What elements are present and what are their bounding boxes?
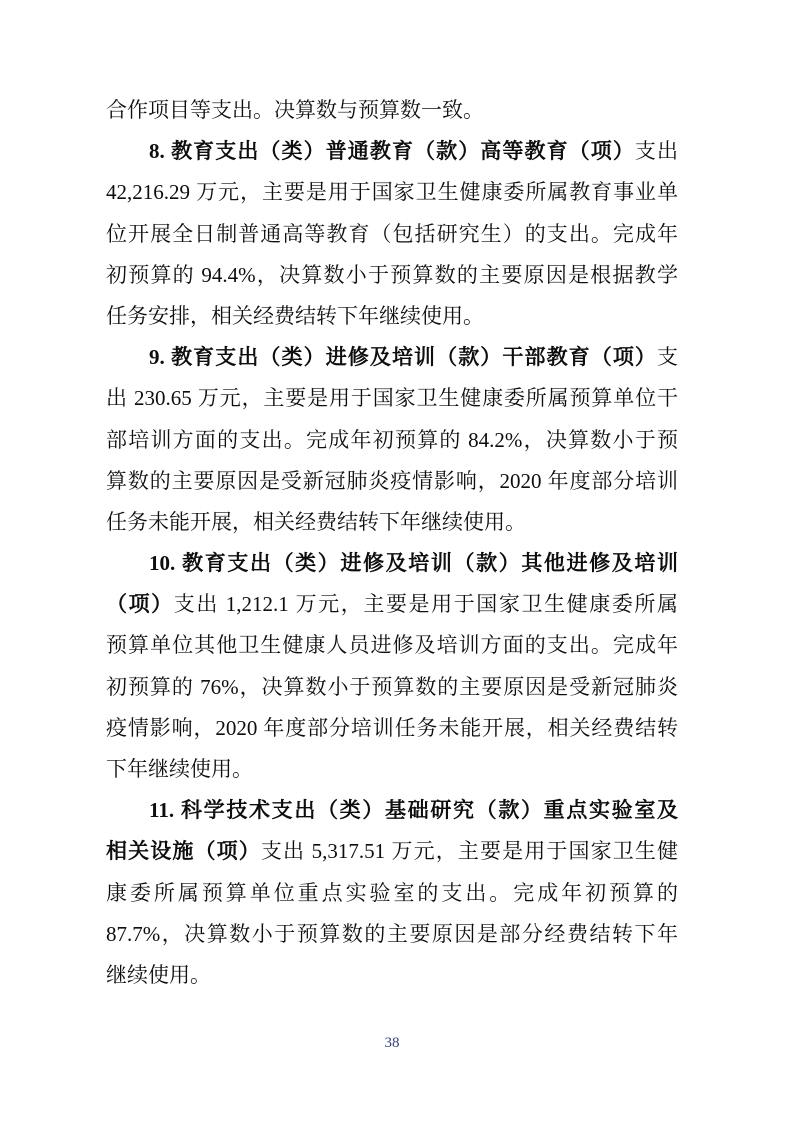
text-line: 11. 科学技术支出（类）基础研究（款）重点实验室及 — [106, 790, 678, 831]
item-heading-text: 11. 科学技术支出（类）基础研究（款）重点实验室及 — [149, 798, 678, 822]
text-line: 任务未能开展，相关经费结转下年继续使用。 — [106, 502, 678, 543]
item-heading-text: 8. 教育支出（类）普通教育（款）高等教育（项） — [149, 139, 635, 163]
body-text: 合作项目等支出。决算数与预算数一致。 — [106, 98, 484, 122]
text-line: 疫情影响，2020 年度部分培训任务未能开展，相关经费结转 — [106, 708, 678, 749]
body-text: 预算单位其他卫生健康人员进修及培训方面的支出。完成年 — [106, 633, 678, 657]
body-text: 部培训方面的支出。完成年初预算的 84.2%，决算数小于预 — [106, 428, 678, 452]
body-text: 出 230.65 万元，主要是用于国家卫生健康委所属预算单位干 — [106, 386, 678, 410]
body-text: 支出 5,317.51 万元，主要是用于国家卫生健 — [261, 839, 678, 863]
body-text: 位开展全日制普通高等教育（包括研究生）的支出。完成年 — [106, 222, 678, 246]
body-text: 42,216.29 万元，主要是用于国家卫生健康委所属教育事业单 — [106, 180, 678, 204]
body-text: 支 — [657, 345, 678, 369]
text-line: 42,216.29 万元，主要是用于国家卫生健康委所属教育事业单 — [106, 172, 678, 213]
item-heading-text: 相关设施（项） — [106, 839, 261, 863]
document-body: 合作项目等支出。决算数与预算数一致。8. 教育支出（类）普通教育（款）高等教育（… — [106, 90, 678, 996]
body-text: 疫情影响，2020 年度部分培训任务未能开展，相关经费结转 — [106, 716, 678, 740]
text-line: 8. 教育支出（类）普通教育（款）高等教育（项）支出 — [106, 131, 678, 172]
text-line: 相关设施（项）支出 5,317.51 万元，主要是用于国家卫生健 — [106, 831, 678, 872]
body-text: 初预算的 76%，决算数小于预算数的主要原因是受新冠肺炎 — [106, 675, 678, 699]
item-heading-text: 10. 教育支出（类）进修及培训（款）其他进修及培训 — [149, 551, 678, 575]
text-line: 合作项目等支出。决算数与预算数一致。 — [106, 90, 678, 131]
pdf-page: 合作项目等支出。决算数与预算数一致。8. 教育支出（类）普通教育（款）高等教育（… — [0, 0, 793, 1122]
body-text: 任务未能开展，相关经费结转下年继续使用。 — [106, 510, 526, 534]
text-line: 10. 教育支出（类）进修及培训（款）其他进修及培训 — [106, 543, 678, 584]
body-text: 任务安排，相关经费结转下年继续使用。 — [106, 304, 484, 328]
body-text: 下年继续使用。 — [106, 757, 253, 781]
text-line: 任务安排，相关经费结转下年继续使用。 — [106, 296, 678, 337]
body-text: 算数的主要原因是受新冠肺炎疫情影响，2020 年度部分培训 — [106, 469, 678, 493]
body-text: 继续使用。 — [106, 963, 211, 987]
item-heading-text: （项） — [106, 592, 174, 616]
text-line: 算数的主要原因是受新冠肺炎疫情影响，2020 年度部分培训 — [106, 461, 678, 502]
page-number: 38 — [106, 1033, 678, 1053]
body-text: 支出 — [635, 139, 678, 163]
text-line: 87.7%，决算数小于预算数的主要原因是部分经费结转下年 — [106, 914, 678, 955]
text-line: （项）支出 1,212.1 万元，主要是用于国家卫生健康委所属 — [106, 584, 678, 625]
text-line: 9. 教育支出（类）进修及培训（款）干部教育（项）支 — [106, 337, 678, 378]
item-heading-text: 9. 教育支出（类）进修及培训（款）干部教育（项） — [149, 345, 657, 369]
text-line: 部培训方面的支出。完成年初预算的 84.2%，决算数小于预 — [106, 420, 678, 461]
text-line: 预算单位其他卫生健康人员进修及培训方面的支出。完成年 — [106, 625, 678, 666]
body-text: 初预算的 94.4%，决算数小于预算数的主要原因是根据教学 — [106, 263, 678, 287]
body-text: 支出 1,212.1 万元，主要是用于国家卫生健康委所属 — [174, 592, 678, 616]
text-line: 继续使用。 — [106, 955, 678, 996]
body-text: 康委所属预算单位重点实验室的支出。完成年初预算的 — [106, 881, 678, 905]
text-line: 初预算的 94.4%，决算数小于预算数的主要原因是根据教学 — [106, 255, 678, 296]
text-line: 出 230.65 万元，主要是用于国家卫生健康委所属预算单位干 — [106, 378, 678, 419]
text-line: 下年继续使用。 — [106, 749, 678, 790]
text-line: 初预算的 76%，决算数小于预算数的主要原因是受新冠肺炎 — [106, 667, 678, 708]
text-line: 位开展全日制普通高等教育（包括研究生）的支出。完成年 — [106, 214, 678, 255]
text-line: 康委所属预算单位重点实验室的支出。完成年初预算的 — [106, 873, 678, 914]
body-text: 87.7%，决算数小于预算数的主要原因是部分经费结转下年 — [106, 922, 678, 946]
